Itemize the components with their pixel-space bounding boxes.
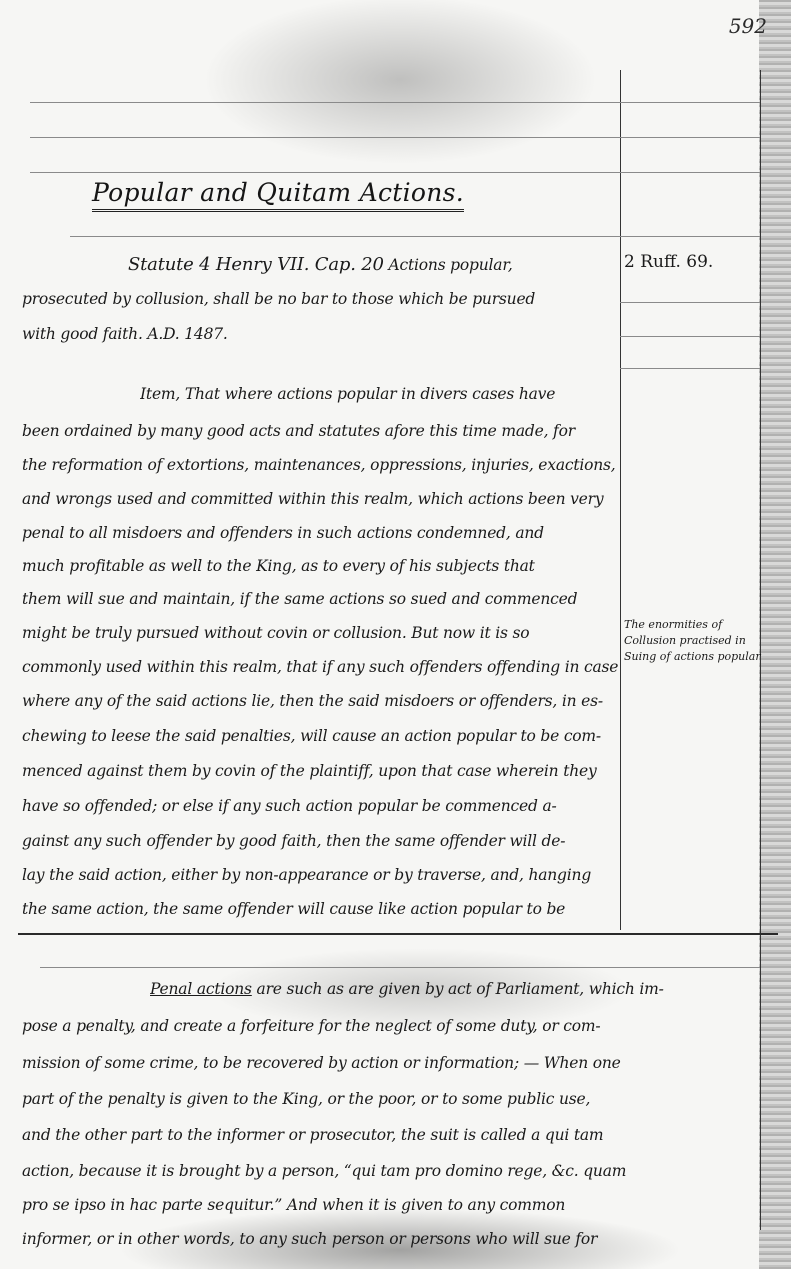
margin-note-line: Suing of actions popular: [624, 649, 764, 665]
ruled-line: [620, 302, 760, 303]
penal-actions-lead: Penal actions: [150, 980, 252, 998]
ruled-line: [30, 172, 760, 173]
text-line: the same action, the same offender will …: [22, 900, 618, 918]
text-line: might be truly pursued without covin or …: [22, 624, 618, 642]
text-line: part of the penalty is given to the King…: [22, 1090, 770, 1108]
text-line: Item, That where actions popular in dive…: [140, 385, 618, 403]
section-divider: [18, 933, 778, 935]
text-run: Actions popular,: [389, 256, 513, 274]
text-line: informer, or in other words, to any such…: [22, 1230, 770, 1248]
text-line: and wrongs used and committed within thi…: [22, 490, 618, 508]
document-page: 592 Popular and Quitam Actions. 2 Ruff. …: [0, 0, 791, 1269]
statute-heading: Statute 4 Henry VII. Cap. 20: [128, 254, 384, 275]
text-line: mission of some crime, to be recovered b…: [22, 1054, 770, 1072]
text-line: prosecuted by collusion, shall be no bar…: [22, 290, 618, 308]
text-line: have so offended; or else if any such ac…: [22, 797, 618, 815]
text-line: pose a penalty, and create a forfeiture …: [22, 1017, 770, 1035]
margin-note-line: Collusion practised in: [624, 633, 764, 649]
ruled-line: [620, 336, 760, 337]
text-line: commonly used within this realm, that if…: [22, 658, 618, 676]
text-line: penal to all misdoers and offenders in s…: [22, 524, 618, 542]
text-line: them will sue and maintain, if the same …: [22, 590, 618, 608]
ruled-line: [620, 368, 760, 369]
ruled-line: [30, 137, 760, 138]
text-line: gainst any such offender by good faith, …: [22, 832, 618, 850]
margin-note-collusion: The enormities of Collusion practised in…: [624, 617, 764, 665]
text-line: lay the said action, either by non-appea…: [22, 866, 618, 884]
ruled-line: [30, 102, 760, 103]
text-line: action, because it is brought by a perso…: [22, 1162, 770, 1180]
ruled-line: [40, 967, 760, 968]
text-line: been ordained by many good acts and stat…: [22, 422, 618, 440]
statute-heading-line: Statute 4 Henry VII. Cap. 20 Actions pop…: [128, 254, 618, 275]
item-label: Item,: [140, 385, 180, 403]
margin-rule-left: [620, 70, 621, 930]
text-line: where any of the said actions lie, then …: [22, 692, 618, 710]
text-line: the reformation of extortions, maintenan…: [22, 456, 618, 474]
text-line: pro se ipso in hac parte sequitur.” And …: [22, 1196, 770, 1214]
margin-reference: 2 Ruff. 69.: [624, 252, 764, 272]
text-run: That where actions popular in divers cas…: [185, 385, 555, 403]
text-line: chewing to leese the said penalties, wil…: [22, 727, 618, 745]
page-number: 592: [729, 14, 767, 38]
margin-note-line: The enormities of: [624, 617, 764, 633]
text-line: Penal actions are such as are given by a…: [150, 980, 760, 998]
text-line: with good faith. A.D. 1487.: [22, 325, 618, 343]
ruled-line: [70, 236, 760, 237]
text-run: are such as are given by act of Parliame…: [257, 980, 664, 998]
page-title: Popular and Quitam Actions.: [92, 178, 464, 212]
text-line: much profitable as well to the King, as …: [22, 557, 618, 575]
text-line: and the other part to the informer or pr…: [22, 1126, 770, 1144]
text-line: menced against them by covin of the plai…: [22, 762, 618, 780]
